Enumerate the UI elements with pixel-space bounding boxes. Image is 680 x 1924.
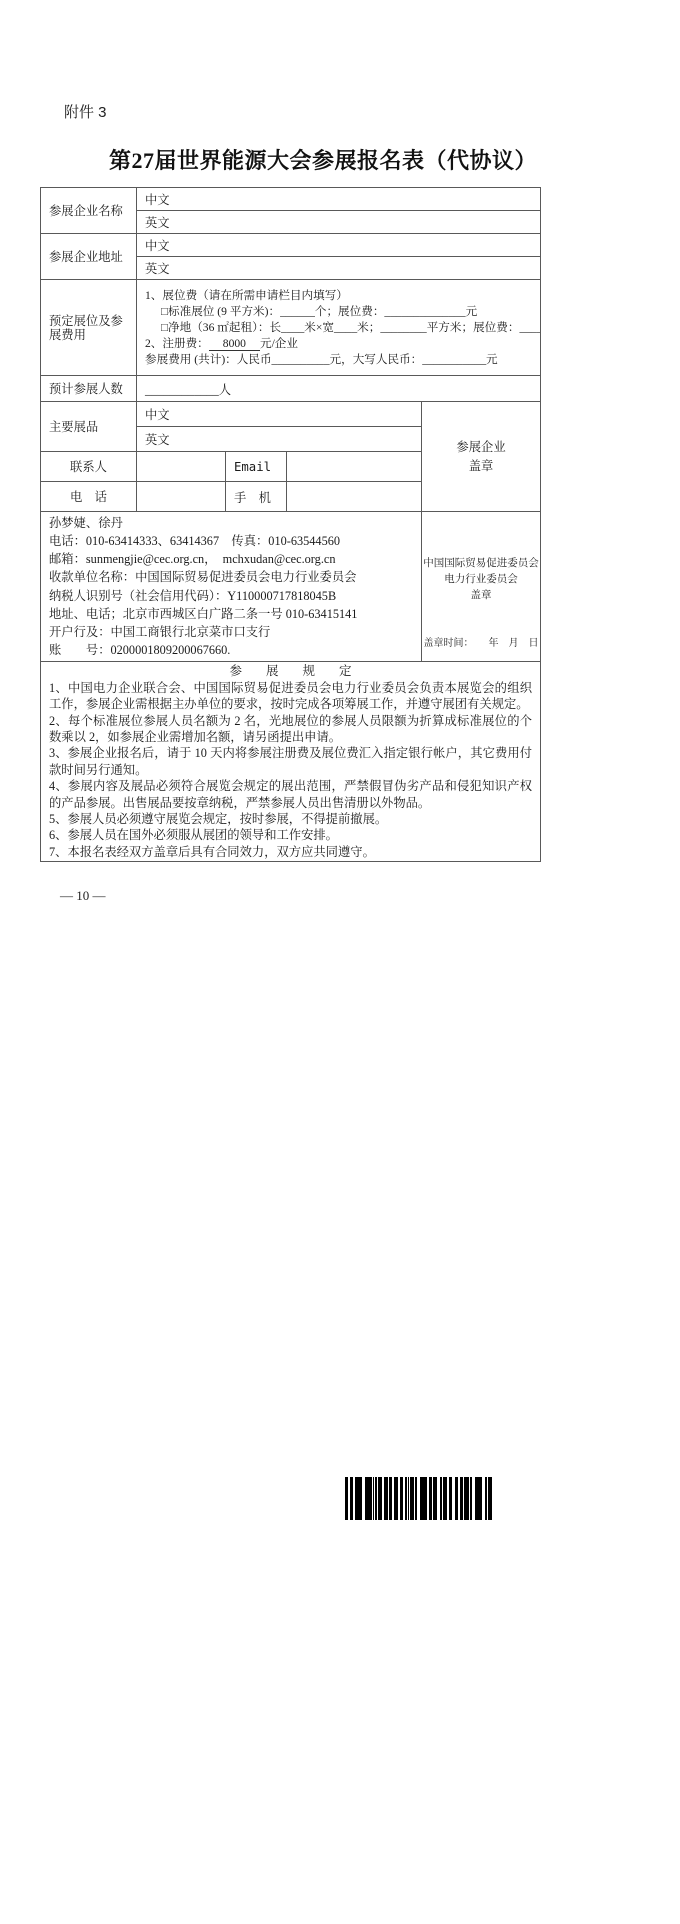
- bank-name: 开户行及：中国工商银行北京菜市口支行: [49, 623, 413, 641]
- rule-item: 6、参展人员在国外必须服从展团的领导和工作安排。: [49, 827, 532, 843]
- company-name-zh-cell: 中文: [137, 188, 541, 211]
- raw-space-booth-line: □净地（36 ㎡起租）：长____米×宽____米；________平方米；展位…: [145, 320, 532, 336]
- organizer-email: 邮箱：sunmengjie@cec.org.cn， mchxudan@cec.o…: [49, 550, 413, 568]
- booth-fee-cell: 1、展位费（请在所需申请栏目内填写） □标准展位 (9 平方米)：______个…: [137, 280, 541, 376]
- organizer-stamp-line1: 中国国际贸易促进委员会: [422, 556, 540, 572]
- company-address-en-cell: 英文: [137, 257, 541, 280]
- page-number: — 10 —: [60, 888, 106, 904]
- contact-person-value-cell: [137, 452, 226, 482]
- organizer-contact-names: 孙梦婕、徐丹: [49, 514, 413, 532]
- attendee-count-label: 预计参展人数: [41, 376, 137, 402]
- phone-value-cell: [137, 482, 226, 512]
- registration-fee-line: 2、注册费：8000元/企业: [145, 336, 532, 352]
- organizer-stamp-line3: 盖章: [422, 588, 540, 604]
- document-page: 附件 3 第27届世界能源大会参展报名表（代协议） 参展企业名称 中文 英文 参…: [0, 0, 680, 1924]
- email-label: Email: [226, 452, 287, 482]
- payee-address-phone: 地址、电话；北京市西城区白广路二条一号 010-63415141: [49, 605, 413, 623]
- registration-fee-value: 8000: [209, 337, 260, 351]
- booth-fee-section-label: 预定展位及参展费用: [41, 280, 137, 376]
- registration-table: 参展企业名称 中文 英文 参展企业地址 中文 英文 预定展位及参展费用 1、展位…: [40, 187, 541, 862]
- standard-booth-checkbox-icon: □: [161, 305, 168, 318]
- total-fee-line: 参展费用 (共计)：人民币__________元，大写人民币：_________…: [145, 352, 532, 368]
- rule-item: 5、参展人员必须遵守展览会规定，按时参展，不得提前撤展。: [49, 811, 532, 827]
- rule-item: 4、参展内容及展品必须符合展览会规定的展出范围，严禁假冒伪劣产品和侵犯知识产权的…: [49, 778, 532, 811]
- booth-fee-heading: 1、展位费（请在所需申请栏目内填写）: [145, 288, 532, 304]
- company-name-en-cell: 英文: [137, 211, 541, 234]
- bank-account-number: 账 号：0200001809200067660.: [49, 641, 413, 659]
- payee-name: 收款单位名称：中国国际贸易促进委员会电力行业委员会: [49, 568, 413, 586]
- organizer-stamp-block: 中国国际贸易促进委员会 电力行业委员会 盖章: [422, 556, 540, 604]
- exhibitor-stamp-line2: 盖章: [430, 457, 532, 476]
- barcode-image: [345, 1477, 492, 1520]
- attendee-count-value: ____________人: [137, 376, 541, 402]
- exhibitor-stamp-line1: 参展企业: [430, 438, 532, 457]
- main-exhibits-en-cell: 英文: [137, 427, 422, 452]
- organizer-phone-fax: 电话：010-63414333、63414367 传真：010-63544560: [49, 532, 413, 550]
- exhibition-rules-cell: 参展规定 1、中国电力企业联合会、中国国际贸易促进委员会电力行业委员会负责本展览…: [41, 662, 541, 862]
- rule-item: 3、参展企业报名后，请于 10 天内将参展注册费及展位费汇入指定银行帐户，其它费…: [49, 745, 532, 778]
- email-value-cell: [287, 452, 422, 482]
- organizer-stamp-line2: 电力行业委员会: [422, 572, 540, 588]
- mobile-label: 手 机: [226, 482, 287, 512]
- raw-space-booth-text: 净地（36 ㎡起租）：长____米×宽____米；________平方米；展位费…: [168, 321, 541, 334]
- rules-title: 参展规定: [49, 663, 532, 680]
- attachment-label: 附件 3: [64, 101, 107, 122]
- registration-fee-suffix: 元/企业: [260, 337, 298, 350]
- standard-booth-text: 标准展位 (9 平方米)：______个；展位费：______________元: [168, 305, 477, 318]
- phone-label: 电 话: [41, 482, 137, 512]
- contact-person-label: 联系人: [41, 452, 137, 482]
- mobile-value-cell: [287, 482, 422, 512]
- main-exhibits-label: 主要展品: [41, 402, 137, 452]
- organizer-contact-block: 孙梦婕、徐丹 电话：010-63414333、63414367 传真：010-6…: [41, 512, 422, 662]
- rule-item: 2、每个标准展位参展人员名额为 2 名，光地展位的参展人员限额为折算成标准展位的…: [49, 713, 532, 746]
- main-exhibits-zh-cell: 中文: [137, 402, 422, 427]
- company-address-label: 参展企业地址: [41, 234, 137, 280]
- raw-space-checkbox-icon: □: [161, 321, 168, 334]
- registration-fee-prefix: 2、注册费：: [145, 337, 209, 350]
- taxpayer-id: 纳税人识别号（社会信用代码）：Y110000717818045B: [49, 587, 413, 605]
- company-name-label: 参展企业名称: [41, 188, 137, 234]
- form-title: 第27届世界能源大会参展报名表（代协议）: [0, 144, 646, 175]
- company-address-zh-cell: 中文: [137, 234, 541, 257]
- rule-item: 1、中国电力企业联合会、中国国际贸易促进委员会电力行业委员会负责本展览会的组织工…: [49, 680, 532, 713]
- standard-booth-line: □标准展位 (9 平方米)：______个；展位费：______________…: [145, 304, 532, 320]
- rule-item: 7、本报名表经双方盖章后具有合同效力，双方应共同遵守。: [49, 844, 532, 860]
- organizer-stamp-cell: 中国国际贸易促进委员会 电力行业委员会 盖章 盖章时间： 年 月 日: [422, 512, 541, 662]
- stamp-date-line: 盖章时间： 年 月 日: [422, 634, 540, 649]
- exhibitor-stamp-cell: 参展企业 盖章: [422, 402, 541, 512]
